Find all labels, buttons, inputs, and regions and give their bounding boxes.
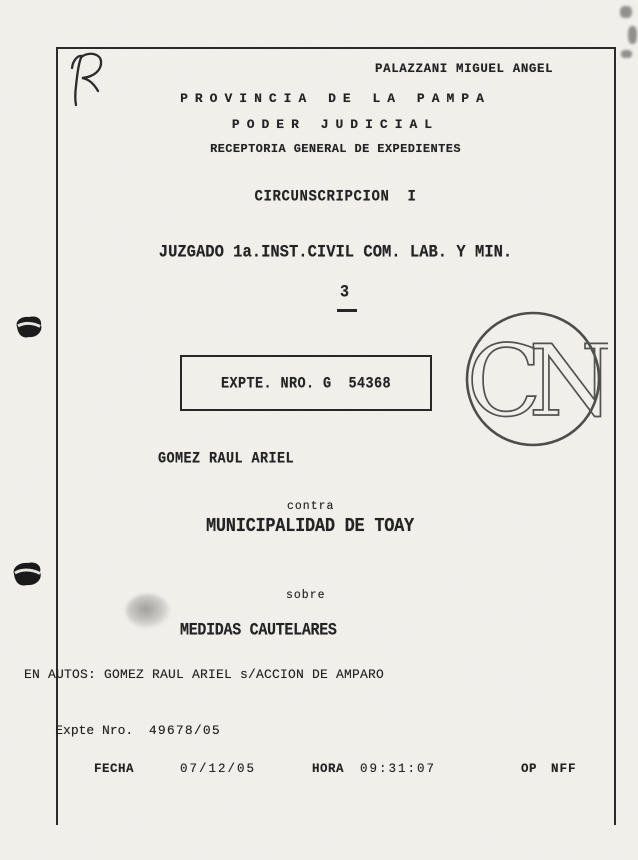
province-title: PROVINCIA DE LA PAMPA [56, 92, 615, 105]
judicial-branch-title: PODER JUDICIAL [56, 118, 615, 131]
cn-circular-stamp: CN [458, 305, 608, 455]
related-expediente-label: Expte Nro. [55, 723, 133, 738]
page-edge-mark [620, 6, 632, 18]
related-expediente-value: 49678/05 [149, 723, 221, 738]
en-autos-line: EN AUTOS: GOMEZ RAUL ARIEL s/ACCION DE A… [24, 668, 384, 681]
expediente-number-label: EXPTE. NRO. G 54368 [221, 376, 391, 393]
circumscription-line: CIRCUNSCRIPCION I [56, 189, 615, 205]
defendant-name: MUNICIPALIDAD DE TOAY [206, 517, 414, 537]
plaintiff-name: GOMEZ RAUL ARIEL [158, 452, 294, 468]
scanned-court-cover-page: PALAZZANI MIGUEL ANGEL PROVINCIA DE LA P… [0, 0, 638, 860]
op-label: OP [521, 763, 537, 776]
page-edge-mark [621, 50, 632, 58]
sobre-label: sobre [286, 590, 326, 602]
op-value: NFF [551, 763, 577, 776]
contra-label: contra [287, 501, 334, 513]
hora-value: 09:31:07 [360, 763, 436, 776]
court-name-line: JUZGADO 1a.INST.CIVIL COM. LAB. Y MIN. [56, 244, 615, 262]
receiving-office-title: RECEPTORIA GENERAL DE EXPEDIENTES [56, 143, 615, 155]
stamp-initials-text: CN [467, 325, 608, 439]
page-edge-mark [628, 26, 637, 44]
hora-label: HORA [312, 763, 344, 776]
clerk-name: PALAZZANI MIGUEL ANGEL [375, 63, 553, 76]
fecha-label: FECHA [94, 763, 134, 776]
court-number: 3 [340, 284, 349, 301]
scan-smudge [126, 594, 170, 628]
ink-blob-top [14, 314, 44, 341]
ink-blob-bottom [11, 560, 44, 589]
fecha-value: 07/12/05 [180, 763, 256, 776]
court-number-underline [337, 309, 357, 312]
related-expediente-line: Expte Nro. 49678/05 [24, 711, 221, 750]
expediente-number-box: EXPTE. NRO. G 54368 [180, 355, 432, 411]
case-matter: MEDIDAS CAUTELARES [180, 622, 337, 639]
